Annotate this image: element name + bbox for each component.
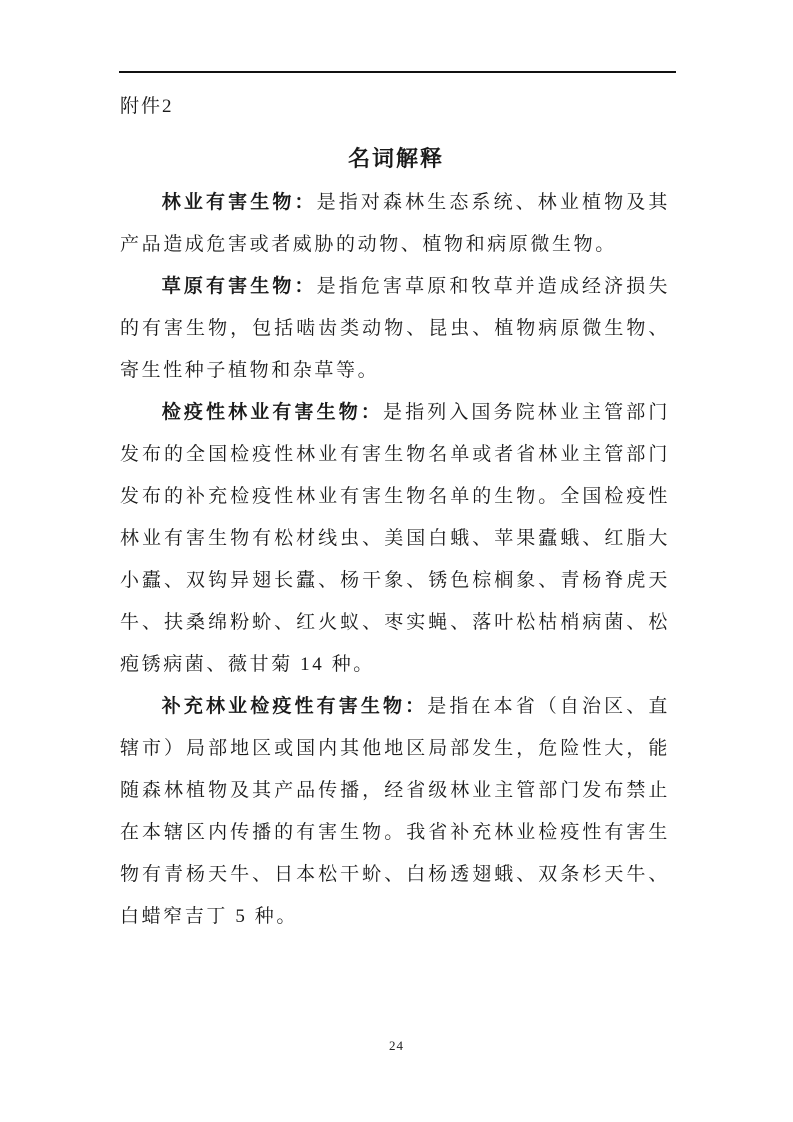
attachment-label: 附件2 <box>120 94 174 120</box>
term-label: 林业有害生物： <box>162 192 317 213</box>
term-label: 草原有害生物： <box>162 276 317 297</box>
definition-paragraph-supplementary-quarantine-pest: 补充林业检疫性有害生物：是指在本省（自治区、直辖市）局部地区或国内其他地区局部发… <box>120 686 670 938</box>
definition-paragraph-grassland-pest: 草原有害生物：是指危害草原和牧草并造成经济损失的有害生物，包括啮齿类动物、昆虫、… <box>120 266 670 392</box>
definition-paragraph-quarantine-pest: 检疫性林业有害生物：是指列入国务院林业主管部门发布的全国检疫性林业有害生物名单或… <box>120 392 670 686</box>
definition-text: 是指列入国务院林业主管部门发布的全国检疫性林业有害生物名单或者省林业主管部门发布… <box>120 402 670 675</box>
page-number: 24 <box>0 1038 793 1054</box>
definition-text: 是指在本省（自治区、直辖市）局部地区或国内其他地区局部发生，危险性大，能随森林植… <box>120 696 670 927</box>
term-label: 补充林业检疫性有害生物： <box>162 696 427 717</box>
glossary-content: 林业有害生物：是指对森林生态系统、林业植物及其产品造成危害或者威胁的动物、植物和… <box>120 182 670 938</box>
definition-paragraph-forestry-pest: 林业有害生物：是指对森林生态系统、林业植物及其产品造成危害或者威胁的动物、植物和… <box>120 182 670 266</box>
header-divider-line <box>119 71 676 73</box>
document-page: 附件2 名词解释 林业有害生物：是指对森林生态系统、林业植物及其产品造成危害或者… <box>0 0 793 1122</box>
term-label: 检疫性林业有害生物： <box>162 402 383 423</box>
page-title: 名词解释 <box>120 145 672 173</box>
